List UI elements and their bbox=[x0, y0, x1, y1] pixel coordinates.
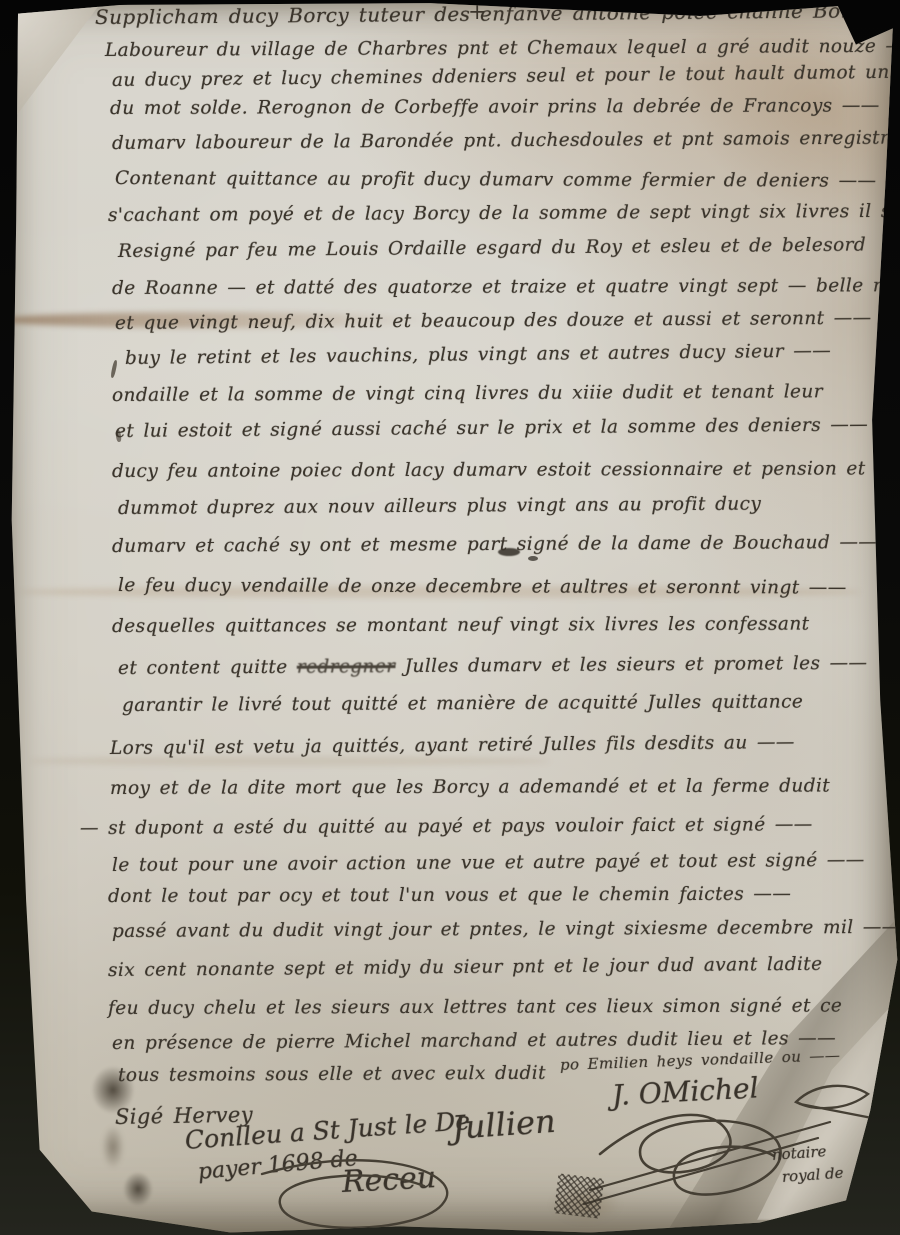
manuscript-line: garantir le livré tout quitté et manière… bbox=[122, 693, 803, 715]
manuscript-line: Supplicham ducy Borcy tuteur des enfanve… bbox=[95, 0, 900, 27]
manuscript-line: moy et de la dite mort que les Borcy a a… bbox=[110, 777, 830, 798]
notary-note-line1: notaire bbox=[771, 1144, 826, 1163]
manuscript-line: tous tesmoins sous elle et avec eulx dud… bbox=[118, 1065, 546, 1086]
manuscript-line: — st dupont a esté du quitté au payé et … bbox=[80, 816, 813, 838]
manuscript-line: dont le tout par ocy et tout l'un vous e… bbox=[108, 886, 791, 907]
control-paraph-flourish bbox=[252, 1150, 482, 1235]
manuscript-line: s'cachant om poyé et de lacy Borcy de la… bbox=[108, 203, 900, 226]
photo-background: + Supplicham ducy Borcy tuteur des enfan… bbox=[0, 0, 900, 1235]
manuscript-line: passé avant du dudit vingt jour et pntes… bbox=[112, 919, 900, 942]
manuscript-line: de Roanne — et datté des quatorze et tra… bbox=[112, 277, 900, 298]
manuscript-line: ondaille et la somme de vingt cinq livre… bbox=[112, 383, 823, 405]
manuscript-line: Contenant quittance au profit ducy dumar… bbox=[115, 170, 876, 191]
manuscript-line: desquelles quittances se montant neuf vi… bbox=[112, 616, 810, 637]
manuscript-line: dummot duprez aux nouv ailleurs plus vin… bbox=[118, 496, 761, 519]
jullien-paraph-flourish bbox=[578, 1092, 848, 1235]
crossed-out-word: redregner bbox=[297, 656, 396, 678]
line-text: Julles dumarv et les sieurs et promet le… bbox=[395, 653, 867, 677]
manuscript-line: du mot solde. Rerognon de Corbeffe avoir… bbox=[110, 97, 880, 118]
control-grille-mark bbox=[554, 1173, 605, 1218]
manuscript-line: Laboureur du village de Charbres pnt et … bbox=[105, 38, 900, 61]
manuscript-line: ducy feu antoine poiec dont lacy dumarv … bbox=[112, 460, 900, 481]
manuscript-line: le feu ducy vendaille de onze decembre e… bbox=[118, 577, 847, 598]
manuscript-line: feu ducy chelu et les sieurs aux lettres… bbox=[108, 997, 842, 1018]
notary-note-line2: royal de bbox=[781, 1166, 844, 1185]
manuscript-page: + Supplicham ducy Borcy tuteur des enfan… bbox=[0, 0, 900, 1235]
line-text: et content quitte bbox=[118, 657, 297, 679]
manuscript-line: dumarv et caché sy ont et mesme part sig… bbox=[112, 534, 877, 557]
